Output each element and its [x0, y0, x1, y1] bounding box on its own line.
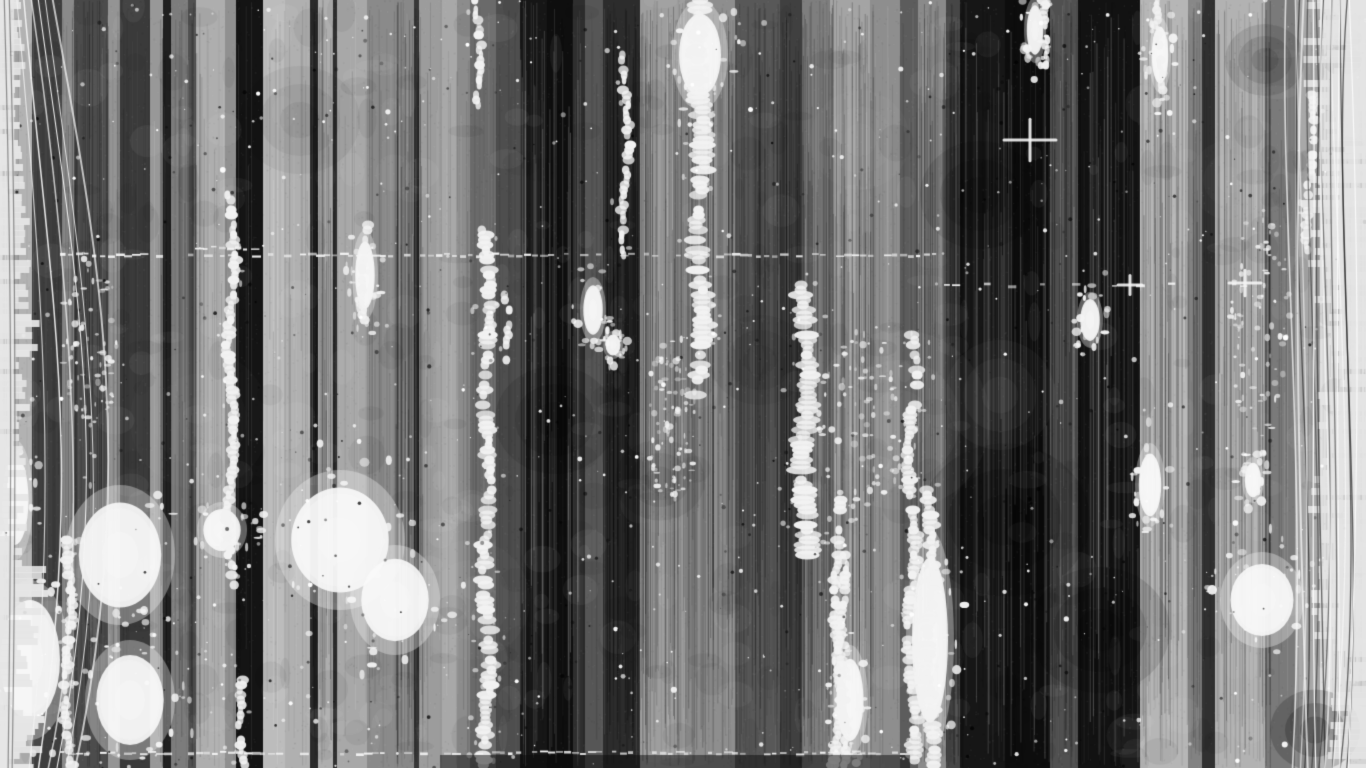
grunge-texture-wallpaper	[0, 0, 1366, 768]
texture-canvas	[0, 0, 1366, 768]
